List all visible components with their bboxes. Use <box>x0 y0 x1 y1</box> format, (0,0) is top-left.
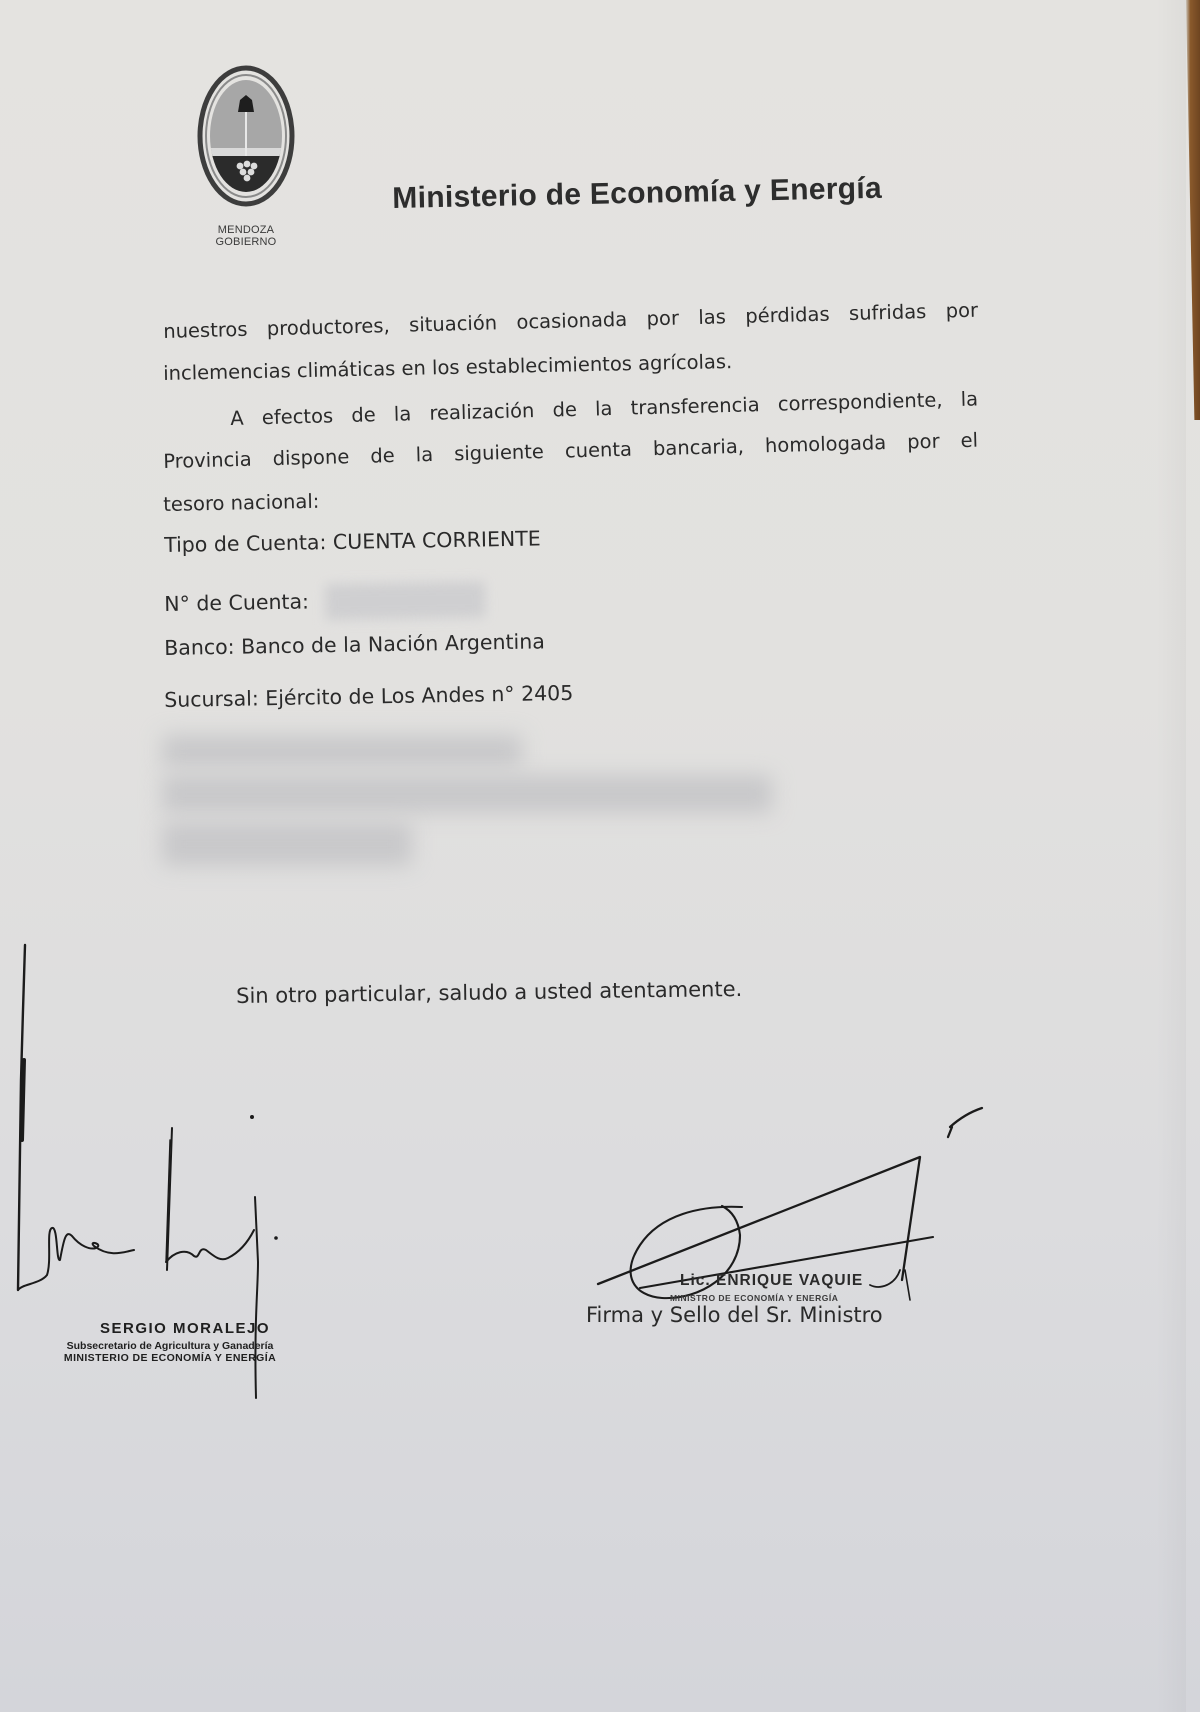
paragraph-2-line-1: A efectos de la realización de la transf… <box>230 387 978 430</box>
bank-field: Banco: Banco de la Nación Argentina <box>164 629 545 660</box>
account-number-redacted <box>325 581 486 620</box>
paragraph-2-line-2: Provincia dispone de la siguiente cuenta… <box>163 429 978 473</box>
crest-caption-mendoza: MENDOZA <box>196 224 296 236</box>
redacted-line <box>162 775 772 813</box>
crest-caption: MENDOZA GOBIERNO <box>196 224 296 248</box>
closing-line: Sin otro particular, saludo a usted aten… <box>236 977 742 1008</box>
right-signer-name: Lic. ENRIQUE VAQUIE <box>680 1272 863 1290</box>
branch-label: Sucursal: <box>164 686 259 712</box>
branch-value: Ejército de Los Andes n° 2405 <box>265 681 573 710</box>
ministry-title: Ministerio de Economía y Energía <box>392 172 882 216</box>
right-signature-stroke <box>598 1157 920 1284</box>
left-signer-name: SERGIO MORALEJO <box>70 1320 300 1337</box>
document-page: MENDOZA GOBIERNO Ministerio de Economía … <box>0 0 1200 1712</box>
right-signer-organization: MINISTRO DE ECONOMÍA Y ENERGÍA <box>670 1293 838 1303</box>
left-signer-role: Subsecretario de Agricultura y Ganadería <box>40 1340 300 1352</box>
left-signature-stroke <box>18 945 25 1290</box>
account-type-label: Tipo de Cuenta: <box>164 530 327 557</box>
mendoza-crest-icon <box>194 62 298 212</box>
bank-value: Banco de la Nación Argentina <box>241 629 545 658</box>
table-edge <box>1186 0 1200 420</box>
paragraph-1-line-2: inclemencias climáticas en los estableci… <box>163 350 732 385</box>
account-type-field: Tipo de Cuenta: CUENTA CORRIENTE <box>164 526 541 557</box>
crest-caption-gobierno: GOBIERNO <box>196 236 296 248</box>
redacted-line <box>162 822 412 866</box>
account-type-value: CUENTA CORRIENTE <box>333 526 541 554</box>
signature-caption: Firma y Sello del Sr. Ministro <box>586 1303 883 1327</box>
paragraph-1-line-1: nuestros productores, situación ocasiona… <box>163 299 978 343</box>
left-signature-stamp: SERGIO MORALEJO Subsecretario de Agricul… <box>40 1320 300 1364</box>
account-number-field: N° de Cuenta: <box>164 581 486 623</box>
bank-label: Banco: <box>164 635 235 660</box>
paragraph-2-line-3: tesoro nacional: <box>163 490 320 516</box>
page-shadow <box>1156 0 1186 1712</box>
branch-field: Sucursal: Ejército de Los Andes n° 2405 <box>164 681 573 712</box>
left-signer-organization: MINISTERIO DE ECONOMÍA Y ENERGÍA <box>40 1352 300 1364</box>
account-number-label: N° de Cuenta: <box>164 589 309 616</box>
redacted-line <box>162 735 522 767</box>
